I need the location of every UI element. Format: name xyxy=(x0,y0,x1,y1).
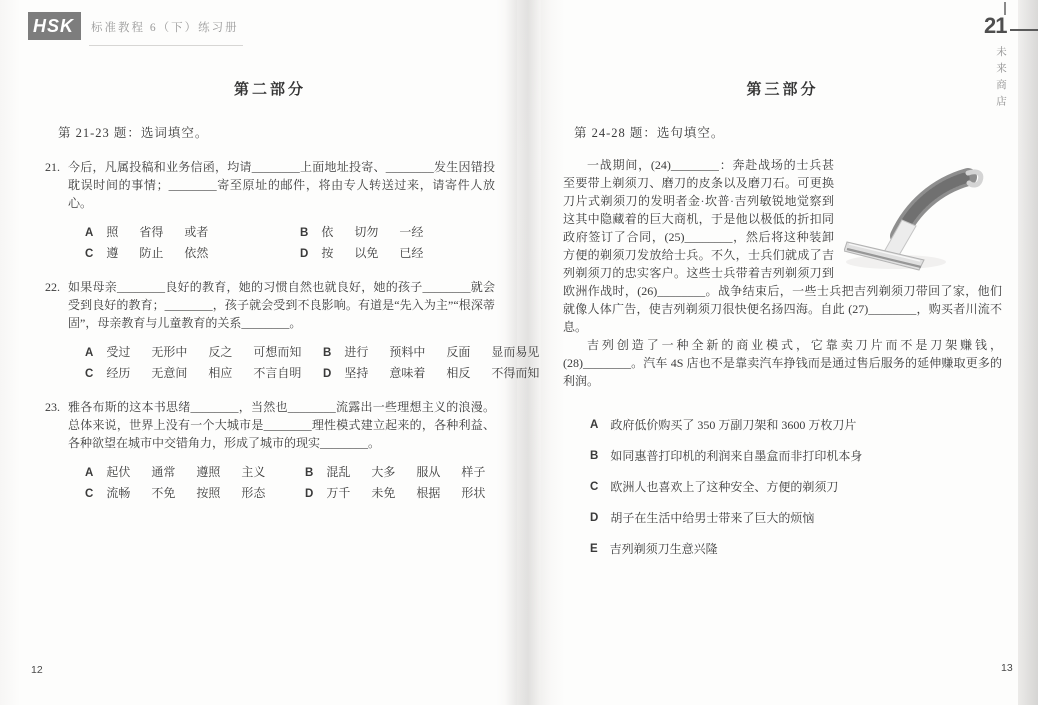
option-word: 按 xyxy=(321,244,333,261)
option-letter: C xyxy=(85,248,93,260)
option-letter: D xyxy=(323,368,331,380)
option-word: 形状 xyxy=(461,484,485,501)
question-text: 雅各布斯的这本书思绪________，当然也________流露出一些理想主义的… xyxy=(68,398,495,452)
option-word: 样子 xyxy=(461,463,485,480)
lesson-tab-line xyxy=(1010,29,1038,31)
option-22-a: A受过无形中反之可想而知 xyxy=(85,343,323,360)
series-title: 标准教程 6（下）练习册 xyxy=(89,12,243,46)
option-word: 以免 xyxy=(354,244,378,261)
sentence-option-a: A 政府低价购买了 350 万副刀架和 3600 万枚刀片 xyxy=(590,416,1002,434)
option-21-b: B依切勿一经 xyxy=(300,223,495,240)
disposable-razor-icon xyxy=(844,156,1002,274)
sentence-option-d: D 胡子在生活中给男士带来了巨大的烦恼 xyxy=(590,509,1002,527)
option-23-b: B混乱大多服从样子 xyxy=(305,463,495,480)
option-word: 形态 xyxy=(241,484,265,501)
option-word: 大多 xyxy=(371,463,395,480)
option-word: 流畅 xyxy=(106,484,130,501)
question-number: 21. xyxy=(45,158,68,212)
hsk-logo: HSK xyxy=(28,12,81,40)
section-title-part2: 第二部分 xyxy=(45,78,495,99)
option-23-a: A起伏通常遵照主义 xyxy=(85,463,305,480)
question-22: 22. 如果母亲________良好的教育，她的习惯自然也就良好，她的孩子___… xyxy=(45,278,495,332)
option-letter: E xyxy=(590,540,598,558)
question-number: 23. xyxy=(45,398,68,452)
option-letter: B xyxy=(305,467,313,479)
option-word: 相应 xyxy=(208,364,232,381)
option-word: 相反 xyxy=(446,364,470,381)
option-word: 已经 xyxy=(399,244,423,261)
option-word: 起伏 xyxy=(106,463,130,480)
option-letter: C xyxy=(590,478,598,496)
option-word: 预料中 xyxy=(389,343,425,360)
sentence-option-c: C 欧洲人也喜欢上了这种安全、方便的剃须刀 xyxy=(590,478,1002,496)
option-word: 通常 xyxy=(151,463,175,480)
reading-passage: 一战期间，(24)________：奔赴战场的士兵甚至要带上剃须刀、磨刀的皮条以… xyxy=(563,156,1002,390)
option-22-c: C经历无意间相应不言自明 xyxy=(85,364,323,381)
option-letter: C xyxy=(85,488,93,500)
option-text: 政府低价购买了 350 万副刀架和 3600 万枚刀片 xyxy=(610,416,856,434)
right-page: 第三部分 第 24-28 题：选句填空。 一战期间，(24)________：奔… xyxy=(541,0,1018,705)
book-gutter-shadow xyxy=(505,0,551,705)
option-letter: A xyxy=(85,347,93,359)
option-21-c: C遵防止依然 xyxy=(85,244,300,261)
option-text: 欧洲人也喜欢上了这种安全、方便的剃须刀 xyxy=(610,478,838,496)
option-letter: D xyxy=(590,509,598,527)
option-23-c: C流畅不免按照形态 xyxy=(85,484,305,501)
option-word: 服从 xyxy=(416,463,440,480)
sentence-option-b: B 如同惠普打印机的利润来自墨盒而非打印机本身 xyxy=(590,447,1002,465)
option-word: 不言自明 xyxy=(253,364,301,381)
page-number-left: 12 xyxy=(31,664,43,676)
option-word: 万千 xyxy=(326,484,350,501)
option-word: 遵照 xyxy=(196,463,220,480)
option-word: 防止 xyxy=(139,244,163,261)
question-21: 21. 今后，凡属投稿和业务信函，均请________上面地址投寄、______… xyxy=(45,158,495,212)
lesson-number: 21 xyxy=(984,13,1006,39)
option-text: 胡子在生活中给男士带来了巨大的烦恼 xyxy=(610,509,814,527)
instructions-21-23: 第 21-23 题：选词填空。 xyxy=(58,123,495,141)
option-letter: B xyxy=(323,347,331,359)
right-page-content: 第三部分 第 24-28 题：选句填空。 一战期间，(24)________：奔… xyxy=(541,0,1018,558)
instructions-24-28: 第 24-28 题：选句填空。 xyxy=(574,123,1002,141)
options-grid-23: A起伏通常遵照主义 B混乱大多服从样子 C流畅不免按照形态 D万千未免根据形状 xyxy=(85,463,495,501)
option-text: 如同惠普打印机的利润来自墨盒而非打印机本身 xyxy=(610,447,862,465)
question-23: 23. 雅各布斯的这本书思绪________，当然也________流露出一些理… xyxy=(45,398,495,452)
question-number: 22. xyxy=(45,278,68,332)
book-header: HSK 标准教程 6（下）练习册 xyxy=(28,12,243,46)
option-letter: D xyxy=(305,488,313,500)
lesson-title-vertical: 未来商店 xyxy=(993,46,1008,112)
option-word: 或者 xyxy=(184,223,208,240)
option-word: 依然 xyxy=(184,244,208,261)
left-page: HSK 标准教程 6（下）练习册 第二部分 第 21-23 题：选词填空。 21… xyxy=(0,0,517,705)
option-21-a: A照省得或者 xyxy=(85,223,300,240)
option-word: 根据 xyxy=(416,484,440,501)
option-word: 反之 xyxy=(208,343,232,360)
question-text: 今后，凡属投稿和业务信函，均请________上面地址投寄、________发生… xyxy=(68,158,495,212)
option-word: 经历 xyxy=(106,364,130,381)
option-word: 坚持 xyxy=(344,364,368,381)
option-word: 照 xyxy=(106,223,118,240)
sentence-option-e: E 吉列剃须刀生意兴隆 xyxy=(590,540,1002,558)
option-letter: B xyxy=(590,447,598,465)
option-letter: A xyxy=(85,467,93,479)
option-word: 混乱 xyxy=(326,463,350,480)
option-word: 无形中 xyxy=(151,343,187,360)
options-grid-21: A照省得或者 B依切勿一经 C遵防止依然 D按以免已经 xyxy=(85,223,495,261)
section-title-part3: 第三部分 xyxy=(563,78,1002,99)
option-word: 反面 xyxy=(446,343,470,360)
option-letter: A xyxy=(85,227,93,239)
option-word: 按照 xyxy=(196,484,220,501)
options-grid-22: A受过无形中反之可想而知 B进行预料中反面显而易见 C经历无意间相应不言自明 D… xyxy=(85,343,495,381)
option-letter: D xyxy=(300,248,308,260)
option-word: 主义 xyxy=(241,463,265,480)
option-letter: A xyxy=(590,416,598,434)
option-word: 遵 xyxy=(106,244,118,261)
book-edge-shadow xyxy=(1018,0,1038,705)
option-word: 意味着 xyxy=(389,364,425,381)
option-letter: B xyxy=(300,227,308,239)
option-23-d: D万千未免根据形状 xyxy=(305,484,495,501)
option-word: 进行 xyxy=(344,343,368,360)
option-word: 依 xyxy=(321,223,333,240)
option-text: 吉列剃须刀生意兴隆 xyxy=(610,540,718,558)
option-21-d: D按以免已经 xyxy=(300,244,495,261)
option-word: 未免 xyxy=(371,484,395,501)
option-word: 不免 xyxy=(151,484,175,501)
option-word: 省得 xyxy=(139,223,163,240)
razor-photo xyxy=(844,156,1002,274)
option-word: 可想而知 xyxy=(253,343,301,360)
page-number-right: 13 xyxy=(1001,662,1013,674)
left-page-content: 第二部分 第 21-23 题：选词填空。 21. 今后，凡属投稿和业务信函，均请… xyxy=(0,0,517,501)
question-text: 如果母亲________良好的教育，她的习惯自然也就良好，她的孩子_______… xyxy=(68,278,495,332)
sentence-options-list: A 政府低价购买了 350 万副刀架和 3600 万枚刀片 B 如同惠普打印机的… xyxy=(590,416,1002,558)
passage-paragraph-2: 吉列创造了一种全新的商业模式，它靠卖刀片而不是刀架赚钱，(28)________… xyxy=(563,336,1002,390)
option-word: 无意间 xyxy=(151,364,187,381)
option-word: 受过 xyxy=(106,343,130,360)
option-word: 一经 xyxy=(399,223,423,240)
option-word: 切勿 xyxy=(354,223,378,240)
option-letter: C xyxy=(85,368,93,380)
